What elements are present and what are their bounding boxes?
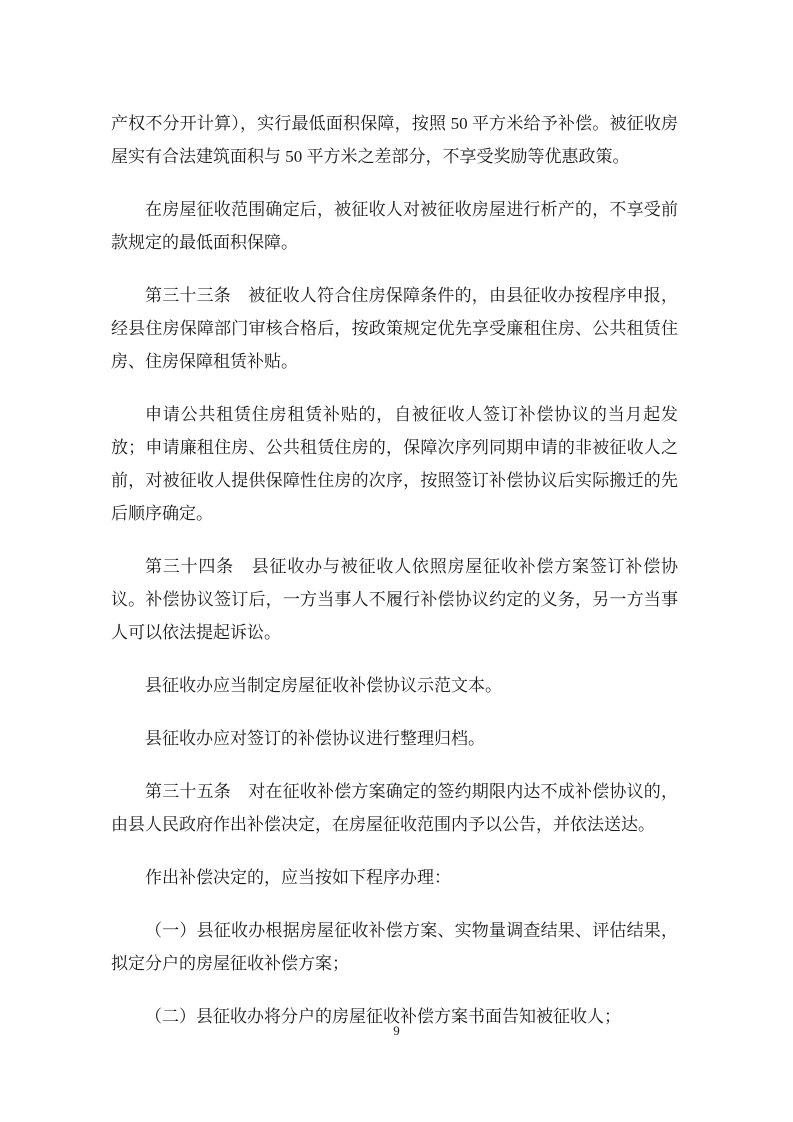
paragraph-article-35: 第三十五条 对在征收补偿方案确定的签约期限内达不成补偿协议的，由县人民政府作出补… [111,775,678,841]
page-number: 9 [0,1023,793,1039]
document-page: 产权不分开计算），实行最低面积保障，按照 50 平方米给予补偿。被征收房屋实有合… [0,0,793,1122]
document-body: 产权不分开计算），实行最低面积保障，按照 50 平方米给予补偿。被征收房屋实有合… [111,107,678,1053]
paragraph-min-area-exception: 在房屋征收范围确定后，被征收人对被征收房屋进行析产的，不享受前款规定的最低面积保… [111,193,678,259]
paragraph-continuation: 产权不分开计算），实行最低面积保障，按照 50 平方米给予补偿。被征收房屋实有合… [111,107,678,173]
paragraph-article-34: 第三十四条 县征收办与被征收人依照房屋征收补偿方案签订补偿协议。补偿协议签订后，… [111,550,678,649]
paragraph-model-agreement: 县征收办应当制定房屋征收补偿协议示范文本。 [111,669,678,702]
paragraph-rental-subsidy: 申请公共租赁住房租赁补贴的，自被征收人签订补偿协议的当月起发放；申请廉租住房、公… [111,398,678,530]
paragraph-article-33: 第三十三条 被征收人符合住房保障条件的，由县征收办按程序申报，经县住房保障部门审… [111,279,678,378]
paragraph-procedure-intro: 作出补偿决定的，应当按如下程序办理： [111,861,678,894]
paragraph-procedure-item-1: （一）县征收办根据房屋征收补偿方案、实物量调查结果、评估结果，拟定分户的房屋征收… [111,914,678,980]
paragraph-archiving: 县征收办应对签订的补偿协议进行整理归档。 [111,722,678,755]
